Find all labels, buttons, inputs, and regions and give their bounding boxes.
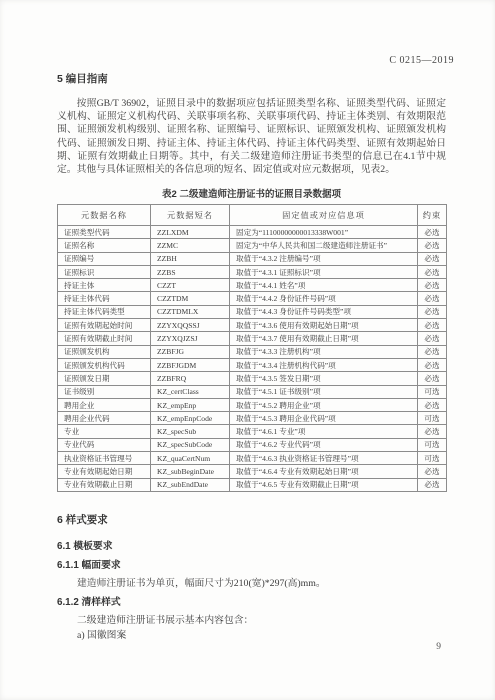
cell-constraint: 必选 [418,345,447,358]
cell-constraint: 可选 [418,412,447,425]
cell-metadata-name: 持证主体 [58,279,151,292]
cell-fixed-value: 取值于“4.3.7 使用有效期截止日期”项 [230,332,418,345]
cell-fixed-value: 取值于“4.6.5 专业有效期截止日期”项 [230,478,418,491]
cell-metadata-short-name: ZZLXDM [151,226,230,239]
table-row: 专业代码KZ_specSubCode取值于“4.6.2 专业代码”项可选 [58,438,447,451]
cell-fixed-value: 取值于“4.5.2 聘用企业”项 [230,398,418,411]
cell-fixed-value: 取值于“4.3.1 证照标识”项 [230,265,418,278]
section-6-1-2-body: 二级建造师注册证书展示基本内容包含： [77,612,253,626]
section-6-heading: 6 样式要求 [57,512,108,527]
cell-fixed-value: 取值于“4.4.1 姓名”项 [230,279,418,292]
table-row: 专业有效期截止日期KZ_subEndDate取值于“4.6.5 专业有效期截止日… [58,478,447,491]
table-row: 证照名称ZZMC固定为“中华人民共和国二级建造师注册证书”必选 [58,239,447,252]
cell-constraint: 必选 [418,425,447,438]
cell-constraint: 必选 [418,465,447,478]
page-number: 9 [436,642,441,652]
cell-metadata-short-name: CZZTDMLX [151,305,230,318]
cell-metadata-name: 专业有效期起始日期 [58,465,151,478]
cell-constraint: 必选 [418,239,447,252]
cell-metadata-short-name: CZZT [151,279,230,292]
cell-metadata-name: 聘用企业 [58,398,151,411]
cell-metadata-short-name: KZ_certClass [151,385,230,398]
cell-metadata-name: 证照颁发机构代码 [58,358,151,371]
cell-metadata-name: 持证主体代码类型 [58,305,151,318]
cell-fixed-value: 取值于“4.6.2 专业代码”项 [230,438,418,451]
section-5-paragraph: 按照GB/T 36902，证照目录中的数据项应包括证照类型名称、证照类型代码、证… [57,97,446,176]
col-header-metadata-short-name: 元数据短名 [151,205,230,226]
table-row: 聘用企业KZ_empEnp取值于“4.5.2 聘用企业”项必选 [58,398,447,411]
table-row: 证照标识ZZBS取值于“4.3.1 证照标识”项必选 [58,265,447,278]
section-6-1-1-heading: 6.1.1 幅面要求 [57,557,121,571]
cell-metadata-short-name: KZ_subEndDate [151,478,230,491]
cell-constraint: 必选 [418,252,447,265]
section-6-1-heading: 6.1 模板要求 [57,538,113,552]
cell-metadata-short-name: KZ_empEnp [151,398,230,411]
table-row: 专业有效期起始日期KZ_subBeginDate取值于“4.6.4 专业有效期起… [58,465,447,478]
cell-fixed-value: 取值于“4.4.3 身份证件号码类型”项 [230,305,418,318]
cell-fixed-value: 取值于“4.3.4 注册机构代码”项 [230,358,418,371]
table-row: 证照有效期起始时间ZZYXQQSSJ取值于“4.3.6 使用有效期起始日期”项必… [58,319,447,332]
col-header-fixed-value: 固定值或对应信息项 [230,205,418,226]
cell-constraint: 必选 [418,319,447,332]
cell-metadata-short-name: ZZBFJGDM [151,358,230,371]
col-header-metadata-name: 元数据名称 [58,205,151,226]
cell-metadata-short-name: ZZYXQQSSJ [151,319,230,332]
cell-metadata-name: 专业代码 [58,438,151,451]
cell-metadata-short-name: ZZYXQJZSJ [151,332,230,345]
cell-metadata-name: 证照名称 [58,239,151,252]
cell-metadata-name: 证照有效期起始时间 [58,319,151,332]
cell-constraint: 可选 [418,438,447,451]
table-row: 证照颁发日期ZZBFRQ取值于“4.3.5 签发日期”项必选 [58,372,447,385]
cell-metadata-short-name: ZZBFJG [151,345,230,358]
cell-metadata-short-name: KZ_specSub [151,425,230,438]
cell-fixed-value: 取值于“4.5.1 证书级别”项 [230,385,418,398]
cell-metadata-name: 专业 [58,425,151,438]
cell-metadata-name: 持证主体代码 [58,292,151,305]
section-6-1-1-body: 建造师注册证书为单页，幅面尺寸为210(宽)*297(高)mm。 [77,575,326,589]
col-header-constraint: 约束 [418,205,447,226]
cell-metadata-short-name: ZZMC [151,239,230,252]
cell-fixed-value: 取值于“4.6.1 专业”项 [230,425,418,438]
cell-metadata-name: 聘用企业代码 [58,412,151,425]
table-row: 专业KZ_specSub取值于“4.6.1 专业”项必选 [58,425,447,438]
cell-fixed-value: 取值于“4.3.5 签发日期”项 [230,372,418,385]
cell-metadata-short-name: ZZBFRQ [151,372,230,385]
cell-fixed-value: 取值于“4.3.2 注册编号”项 [230,252,418,265]
cell-constraint: 必选 [418,478,447,491]
cell-fixed-value: 取值于“4.3.6 使用有效期起始日期”项 [230,319,418,332]
table-row: 持证主体CZZT取值于“4.4.1 姓名”项必选 [58,279,447,292]
cell-fixed-value: 取值于“4.4.2 身份证件号码”项 [230,292,418,305]
cell-metadata-name: 证照有效期截止时间 [58,332,151,345]
cell-metadata-short-name: KZ_specSubCode [151,438,230,451]
cell-metadata-name: 证照标识 [58,265,151,278]
cell-fixed-value: 取值于“4.5.3 聘用企业代码”项 [230,412,418,425]
cell-metadata-short-name: KZ_subBeginDate [151,465,230,478]
table-2-caption: 表2 二级建造师注册证书的证照目录数据项 [57,186,446,200]
cell-constraint: 必选 [418,265,447,278]
table-row: 持证主体代码CZZTDM取值于“4.4.2 身份证件号码”项必选 [58,292,447,305]
cell-fixed-value: 取值于“4.6.3 执业资格证书管理号”项 [230,452,418,465]
cell-constraint: 可选 [418,452,447,465]
cell-metadata-name: 证照颁发机构 [58,345,151,358]
table-row: 证照编号ZZBH取值于“4.3.2 注册编号”项必选 [58,252,447,265]
cell-constraint: 必选 [418,305,447,318]
cell-metadata-short-name: ZZBH [151,252,230,265]
cell-constraint: 可选 [418,385,447,398]
table-row: 执业资格证书管理号KZ_quaCertNum取值于“4.6.3 执业资格证书管理… [58,452,447,465]
cell-metadata-short-name: ZZBS [151,265,230,278]
section-5-heading: 5 编目指南 [57,71,108,86]
table-row: 证书级别KZ_certClass取值于“4.5.1 证书级别”项可选 [58,385,447,398]
document-page: C 0215—2019 5 编目指南 按照GB/T 36902，证照目录中的数据… [0,0,495,700]
cell-fixed-value: 固定为“中华人民共和国二级建造师注册证书” [230,239,418,252]
table-row: 证照颁发机构ZZBFJG取值于“4.3.3 注册机构”项必选 [58,345,447,358]
cell-metadata-name: 证书级别 [58,385,151,398]
cell-metadata-name: 专业有效期截止日期 [58,478,151,491]
table-row: 证照有效期截止时间ZZYXQJZSJ取值于“4.3.7 使用有效期截止日期”项必… [58,332,447,345]
cell-fixed-value: 固定为“11100000000013338W001” [230,226,418,239]
cell-constraint: 必选 [418,372,447,385]
cell-constraint: 必选 [418,332,447,345]
cell-constraint: 必选 [418,398,447,411]
metadata-table: 元数据名称 元数据短名 固定值或对应信息项 约束 证照类型代码ZZLXDM固定为… [57,204,447,492]
cell-constraint: 必选 [418,226,447,239]
document-code-header: C 0215—2019 [389,55,454,66]
cell-constraint: 必选 [418,358,447,371]
cell-metadata-short-name: KZ_empEnpCode [151,412,230,425]
cell-metadata-short-name: KZ_quaCertNum [151,452,230,465]
cell-fixed-value: 取值于“4.6.4 专业有效期起始日期”项 [230,465,418,478]
cell-fixed-value: 取值于“4.3.3 注册机构”项 [230,345,418,358]
section-6-1-2-item-a: a) 国徽图案 [77,627,126,641]
cell-metadata-short-name: CZZTDM [151,292,230,305]
cell-constraint: 必选 [418,279,447,292]
section-6-1-2-heading: 6.1.2 清样样式 [57,594,121,608]
table-header-row: 元数据名称 元数据短名 固定值或对应信息项 约束 [58,205,447,226]
table-row: 持证主体代码类型CZZTDMLX取值于“4.4.3 身份证件号码类型”项必选 [58,305,447,318]
cell-metadata-name: 证照类型代码 [58,226,151,239]
table-row: 聘用企业代码KZ_empEnpCode取值于“4.5.3 聘用企业代码”项可选 [58,412,447,425]
cell-metadata-name: 执业资格证书管理号 [58,452,151,465]
cell-constraint: 必选 [418,292,447,305]
cell-metadata-name: 证照编号 [58,252,151,265]
cell-metadata-name: 证照颁发日期 [58,372,151,385]
table-row: 证照类型代码ZZLXDM固定为“11100000000013338W001”必选 [58,226,447,239]
table-row: 证照颁发机构代码ZZBFJGDM取值于“4.3.4 注册机构代码”项必选 [58,358,447,371]
